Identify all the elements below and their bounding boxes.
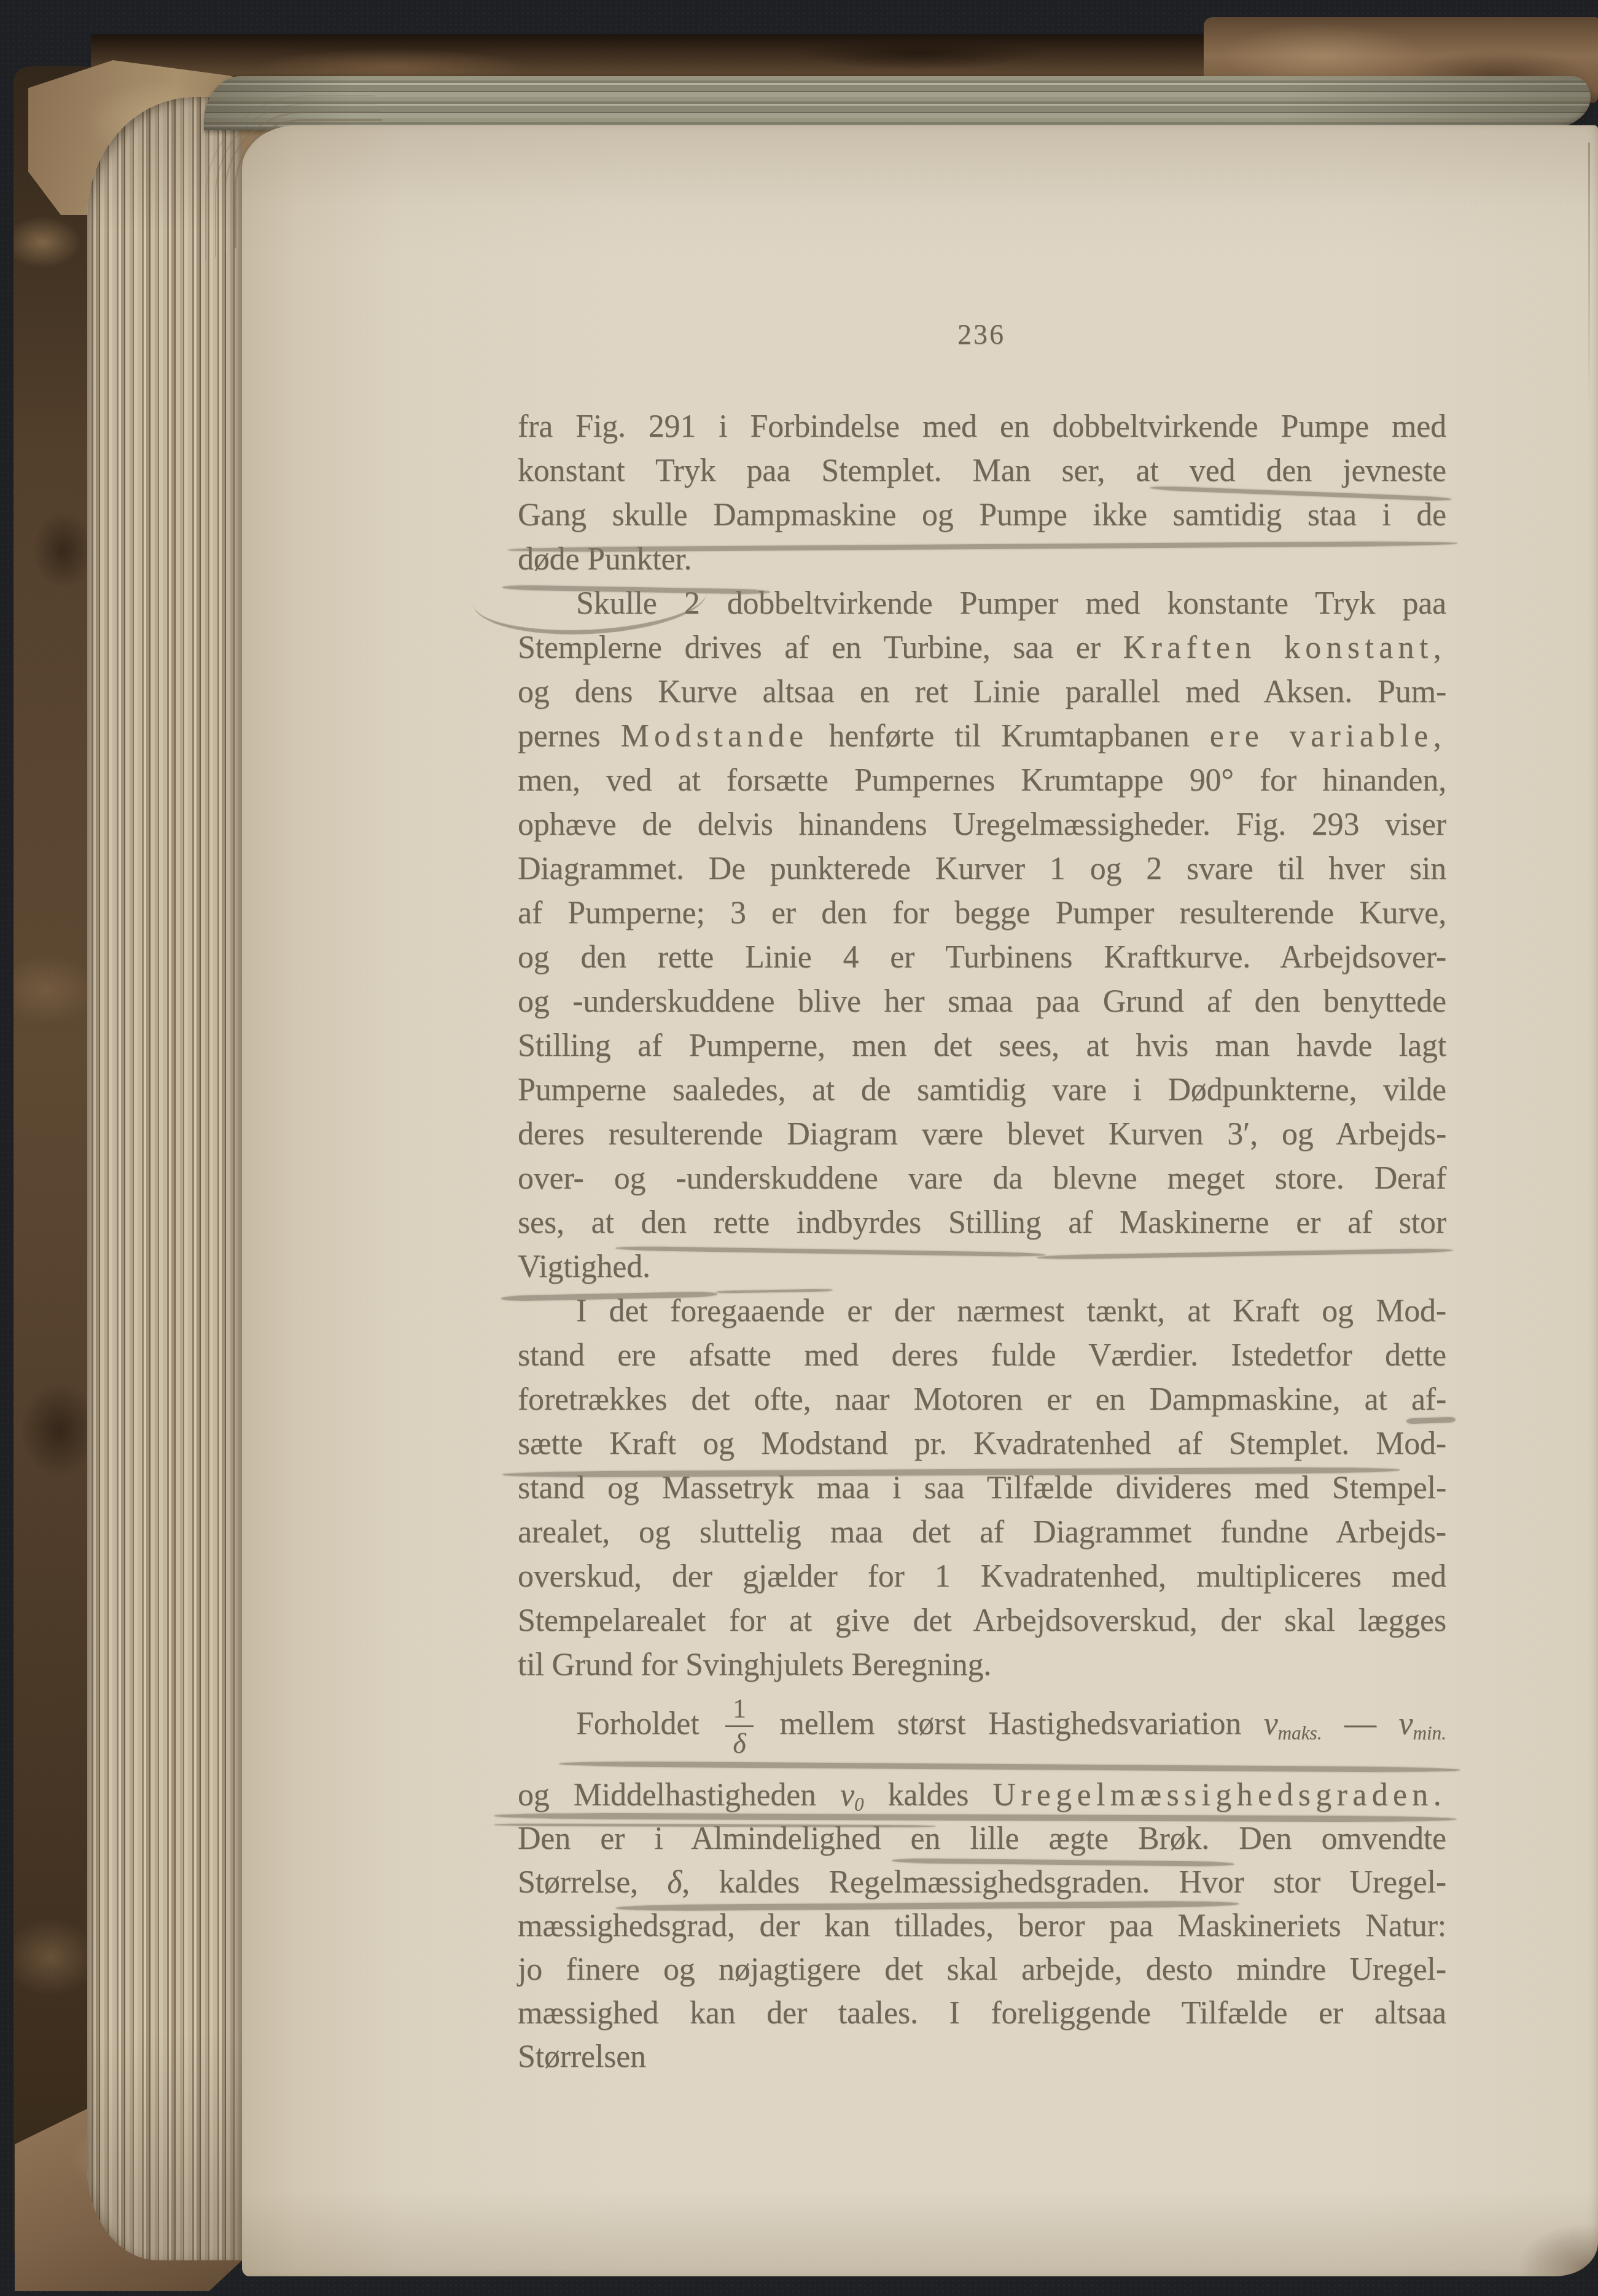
text-line-8: pernes Modstande henførte til Krumtapban… — [518, 714, 1446, 759]
text-line-37: Størrelsen — [518, 2035, 1446, 2079]
text-line-29: til Grund for Svinghjulets Beregning. — [518, 1643, 1446, 1687]
fraction-1-over-delta: 1δ — [725, 1695, 754, 1759]
text-line-25: stand og Massetryk maa i saa Tilfælde di… — [518, 1466, 1446, 1510]
page-edges-stack-left — [87, 97, 242, 2260]
text-line-23: foretrækkes det ofte, naar Motoren er en… — [518, 1378, 1446, 1422]
text-line-20: Vigtighed. — [518, 1245, 1446, 1289]
text-line-30: Forholdet 1δ mellem størst Hastighedsvar… — [518, 1687, 1446, 1781]
text-line-7: og dens Kurve altsaa en ret Linie parall… — [518, 670, 1446, 714]
text-line-13: og den rette Linie 4 er Turbinens Kraftk… — [518, 935, 1446, 980]
formula-line-container: Forholdet 1δ mellem størst Hastighedsvar… — [518, 1687, 1446, 1781]
text-line-34: mæssighedsgrad, der kan tillades, beror … — [518, 1904, 1446, 1948]
text-line-32: Den er i Almindelighed en lille ægte Brø… — [518, 1817, 1446, 1861]
book-cover-left-edge — [14, 66, 96, 2265]
text-line-35: jo finere og nøjagtigere det skal arbejd… — [518, 1948, 1446, 1991]
scanned-book-photo: { "page": { "number": "236", "language":… — [0, 0, 1598, 2296]
text-line-28: Stempelarealet for at give det Arbejdsov… — [518, 1599, 1446, 1643]
text-line-16: Pumperne saaledes, at de samtidig vare i… — [518, 1068, 1446, 1112]
text-line-1: fra Fig. 291 i Forbindelse med en dobbel… — [518, 405, 1446, 449]
text-line-22: stand ere afsatte med deres fulde Værdie… — [518, 1333, 1446, 1378]
text-line-10: ophæve de delvis hinandens Uregelmæssigh… — [518, 803, 1446, 847]
text-line-17: deres resulterende Diagram være blevet K… — [518, 1112, 1446, 1157]
text-line-19: ses, at den rette indbyrdes Stilling af … — [518, 1201, 1446, 1245]
body-text-upper: fra Fig. 291 i Forbindelse med en dobbel… — [518, 405, 1446, 1687]
text-line-31: og Middelhastigheden v0 kaldes Uregelmæs… — [518, 1773, 1446, 1817]
text-line-33: Størrelse, δ, kaldes Regelmæssighedsgrad… — [518, 1861, 1446, 1904]
text-line-4: døde Punkter. — [518, 537, 1446, 582]
text-line-24: sætte Kraft og Modstand pr. Kvadratenhed… — [518, 1422, 1446, 1466]
text-line-2: konstant Tryk paa Stemplet. Man ser, at … — [518, 449, 1446, 493]
text-line-27: overskud, der gjælder for 1 Kvadratenhed… — [518, 1555, 1446, 1599]
book-page: 236 fra Fig. 291 i Forbindelse med en do… — [242, 125, 1598, 2276]
text-line-26: arealet, og sluttelig maa det af Diagram… — [518, 1510, 1446, 1555]
page-right-edge-line — [1588, 143, 1590, 407]
text-line-15: Stilling af Pumperne, men det sees, at h… — [518, 1024, 1446, 1068]
body-text-lower: og Middelhastigheden v0 kaldes Uregelmæs… — [518, 1773, 1446, 2079]
page-number: 236 — [518, 318, 1445, 351]
text-line-3: Gang skulle Dampmaskine og Pumpe ikke sa… — [518, 493, 1446, 537]
text-line-14: og -underskuddene blive her smaa paa Gru… — [518, 980, 1446, 1024]
text-line-5: Skulle 2 dobbeltvirkende Pumper med kons… — [518, 582, 1446, 626]
page-edges-stack-top — [204, 76, 1591, 130]
text-line-21: I det foregaaende er der nærmest tænkt, … — [518, 1289, 1446, 1333]
text-line-9: men, ved at forsætte Pumpernes Krumtappe… — [518, 759, 1446, 803]
text-line-6: Stemplerne drives af en Turbine, saa er … — [518, 626, 1446, 670]
text-line-18: over- og -underskuddene vare da blevne m… — [518, 1157, 1446, 1201]
text-line-12: af Pumperne; 3 er den for begge Pumper r… — [518, 891, 1446, 935]
text-line-36: mæssighed kan der taales. I foreliggende… — [518, 1991, 1446, 2035]
text-line-11: Diagrammet. De punkterede Kurver 1 og 2 … — [518, 847, 1446, 891]
